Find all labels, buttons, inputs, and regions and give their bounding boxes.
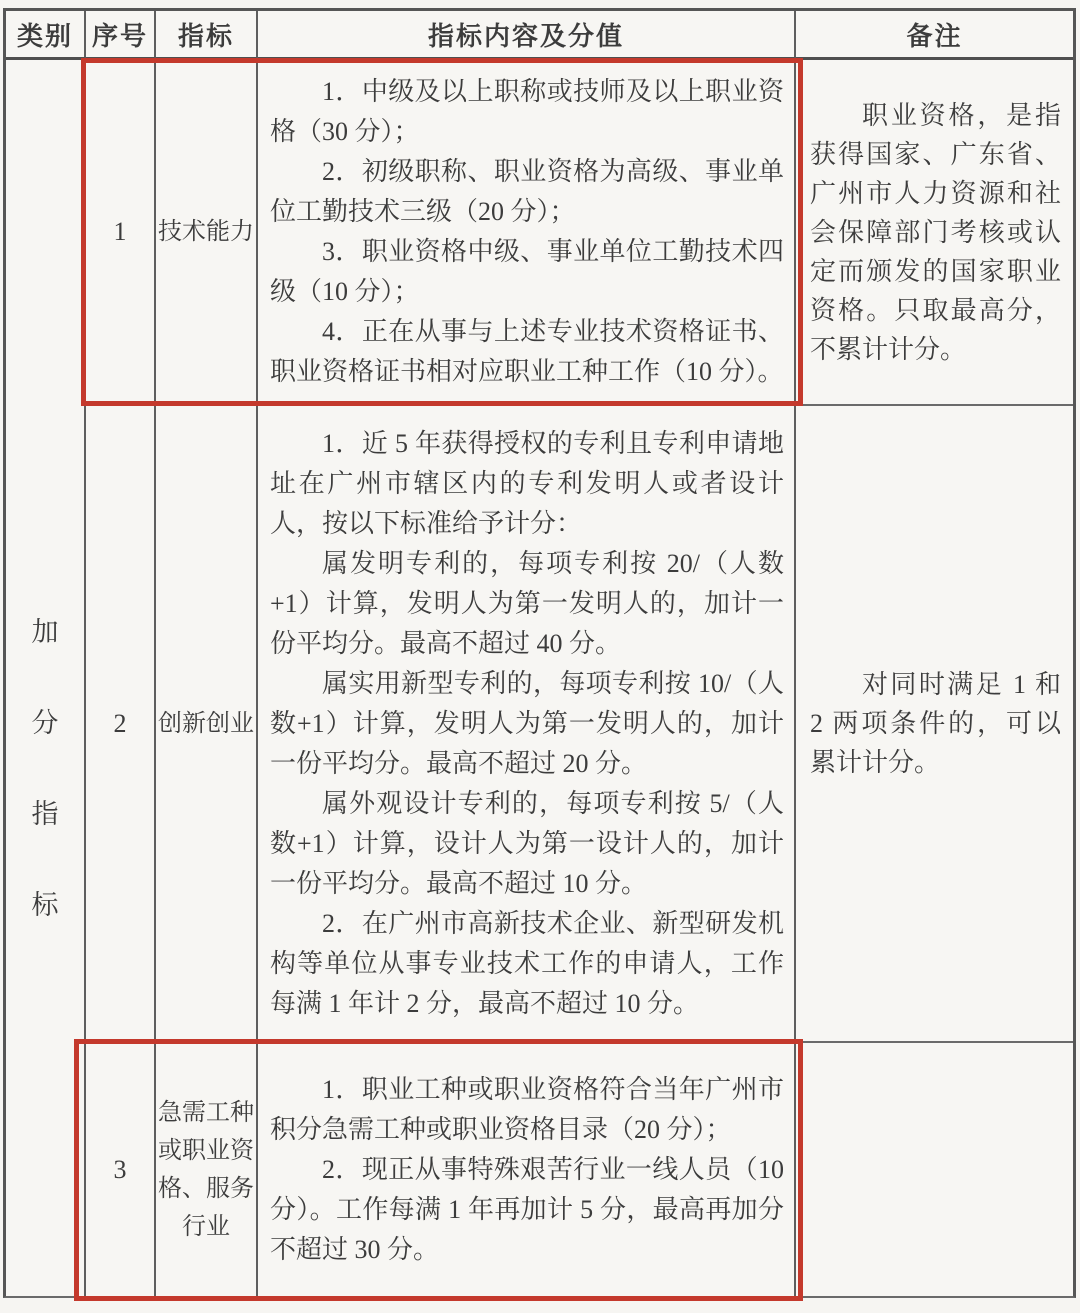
row1-content-item: 2．初级职称、职业资格为高级、事业单位工勤技术三级（20 分）； — [270, 152, 784, 232]
row1-remark-text: 职业资格，是指获得国家、广东省、广州市人力资源和社会保障部门考核或认定而颁发的国… — [810, 96, 1061, 369]
row2-content: 1．近 5 年获得授权的专利且专利申请地址在广州市辖区内的专利发明人或者设计人，… — [258, 406, 796, 1043]
header-remark: 备注 — [796, 11, 1073, 60]
row3-remark — [796, 1043, 1073, 1296]
row3-content-item: 2．现正从事特殊艰苦行业一线人员（10 分）。工作每满 1 年再加计 5 分，最… — [270, 1150, 784, 1270]
category-char: 指 — [32, 792, 59, 831]
header-category: 类别 — [6, 11, 86, 60]
category-cell: 加分指标 — [6, 60, 86, 1296]
row3-content: 1．职业工种或职业资格符合当年广州市积分急需工种或职业资格目录（20 分）；2．… — [258, 1043, 796, 1296]
scanned-table-page: 类别 序号 指标 指标内容及分值 备注 加分指标 1 技术能力 1．中级及以上职… — [0, 0, 1080, 1313]
row3-seq: 3 — [86, 1043, 156, 1296]
row3-indicator: 急需工种或职业资格、服务行业 — [156, 1043, 258, 1296]
row1-seq: 1 — [86, 60, 156, 406]
header-seq: 序号 — [86, 11, 156, 60]
row2-indicator: 创新创业 — [156, 406, 258, 1043]
row2-content-item: 属发明专利的，每项专利按 20/（人数+1）计算，发明人为第一发明人的，加计一份… — [270, 544, 784, 664]
row3-content-item: 1．职业工种或职业资格符合当年广州市积分急需工种或职业资格目录（20 分）； — [270, 1070, 784, 1150]
row2-content-item: 1．近 5 年获得授权的专利且专利申请地址在广州市辖区内的专利发明人或者设计人，… — [270, 424, 784, 544]
row2-remark-text: 对同时满足 1 和 2 两项条件的，可以累计计分。 — [810, 665, 1061, 782]
criteria-table: 类别 序号 指标 指标内容及分值 备注 加分指标 1 技术能力 1．中级及以上职… — [3, 8, 1076, 1298]
category-vertical-label: 加分指标 — [32, 610, 59, 922]
header-indicator: 指标 — [156, 11, 258, 60]
row2-content-item: 2．在广州市高新技术企业、新型研发机构等单位从事专业技术工作的申请人，工作每满 … — [270, 904, 784, 1024]
row2-remark: 对同时满足 1 和 2 两项条件的，可以累计计分。 — [796, 406, 1073, 1043]
row1-remark: 职业资格，是指获得国家、广东省、广州市人力资源和社会保障部门考核或认定而颁发的国… — [796, 60, 1073, 406]
category-char: 加 — [32, 610, 59, 649]
row1-indicator: 技术能力 — [156, 60, 258, 406]
row1-content-item: 3．职业资格中级、事业单位工勤技术四级（10 分）； — [270, 232, 784, 312]
category-char: 标 — [32, 883, 59, 922]
row1-content: 1．中级及以上职称或技师及以上职业资格（30 分）；2．初级职称、职业资格为高级… — [258, 60, 796, 406]
header-content: 指标内容及分值 — [258, 11, 796, 60]
row1-content-item: 4．正在从事与上述专业技术资格证书、职业资格证书相对应职业工种工作（10 分）。 — [270, 312, 784, 392]
category-char: 分 — [32, 701, 59, 740]
row2-content-item: 属实用新型专利的，每项专利按 10/（人数+1）计算，发明人为第一发明人的，加计… — [270, 664, 784, 784]
row2-content-item: 属外观设计专利的，每项专利按 5/（人数+1）计算，设计人为第一设计人的，加计一… — [270, 784, 784, 904]
row1-content-item: 1．中级及以上职称或技师及以上职业资格（30 分）； — [270, 72, 784, 152]
row2-seq: 2 — [86, 406, 156, 1043]
